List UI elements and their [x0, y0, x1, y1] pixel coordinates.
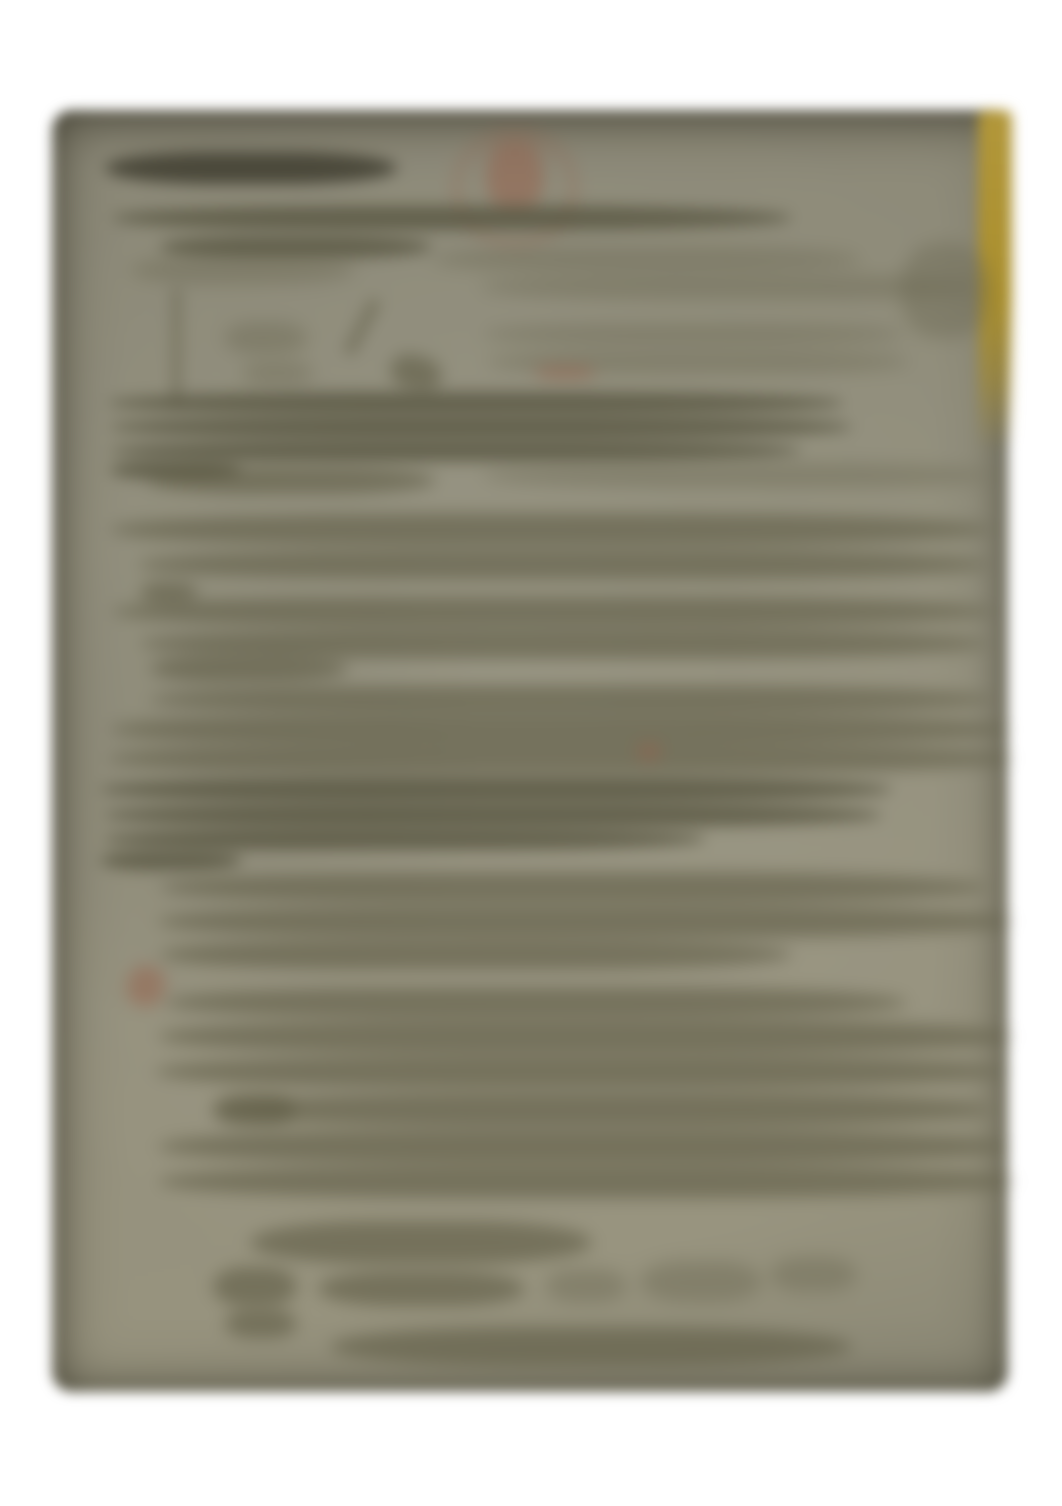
- faint-handwriting-blur: [432, 246, 862, 272]
- handwriting-line-blur: [110, 513, 990, 546]
- red-pen-mark: [486, 140, 544, 212]
- handwriting-line-blur: [140, 582, 198, 603]
- handwriting-line-blur: [318, 1271, 525, 1306]
- printed-text-line-blur: [100, 851, 242, 870]
- handwriting-line-blur: [225, 1309, 297, 1338]
- faint-handwriting-blur: [640, 1261, 762, 1302]
- handwriting-line-blur: [213, 1092, 990, 1127]
- handwriting-line-blur: [158, 1165, 1012, 1198]
- handwriting-line-blur: [155, 1055, 1002, 1088]
- printed-text-line-blur: [110, 416, 852, 438]
- sketch-stroke: [172, 288, 181, 406]
- red-pen-mark: [637, 743, 661, 760]
- handwriting-line-blur: [112, 596, 992, 627]
- handwriting-line-blur: [148, 467, 436, 494]
- handwriting-line-blur: [158, 1019, 1010, 1054]
- printed-text-line-blur: [104, 803, 882, 827]
- handwriting-line-blur: [386, 350, 445, 396]
- handwriting-line-blur: [158, 1129, 1005, 1164]
- faint-handwriting-blur: [483, 323, 903, 345]
- printed-text-line-blur: [112, 206, 792, 230]
- photo-of-document: [0, 0, 1062, 1506]
- handwriting-line-blur: [330, 1327, 852, 1366]
- handwriting-line-blur: [150, 655, 348, 682]
- faint-handwriting-blur: [482, 463, 990, 488]
- faint-handwriting-blur: [130, 256, 355, 284]
- handwriting-line-blur: [165, 987, 907, 1018]
- faint-handwriting-blur: [545, 1269, 627, 1302]
- printed-text-line-blur: [160, 236, 432, 258]
- printed-text-line-blur: [108, 392, 844, 414]
- red-pen-mark: [122, 961, 171, 1011]
- handwriting-line-blur: [150, 685, 992, 714]
- handwriting-line-blur: [110, 713, 1006, 746]
- heading-text-blur: [105, 152, 397, 184]
- printed-text-line-blur: [100, 777, 892, 802]
- handwriting-line-blur: [108, 743, 1010, 774]
- handwriting-line-blur: [138, 549, 988, 580]
- sketch-stroke: [342, 297, 382, 357]
- handwriting-line-blur: [250, 1221, 592, 1264]
- handwriting-line-blur: [214, 1094, 296, 1126]
- handwriting-line-blur: [158, 905, 1010, 938]
- handwriting-line-blur: [213, 1267, 297, 1306]
- printed-text-line-blur: [110, 440, 802, 461]
- faint-handwriting-blur: [242, 362, 314, 384]
- handwriting-line-blur: [160, 939, 792, 970]
- blurred-content: [0, 0, 1062, 1506]
- faint-handwriting-blur: [900, 243, 990, 338]
- printed-text-line-blur: [104, 828, 706, 850]
- faint-handwriting-blur: [770, 1257, 857, 1292]
- red-pen-mark: [534, 366, 596, 379]
- handwriting-line-blur: [160, 872, 986, 903]
- faint-handwriting-blur: [224, 322, 308, 354]
